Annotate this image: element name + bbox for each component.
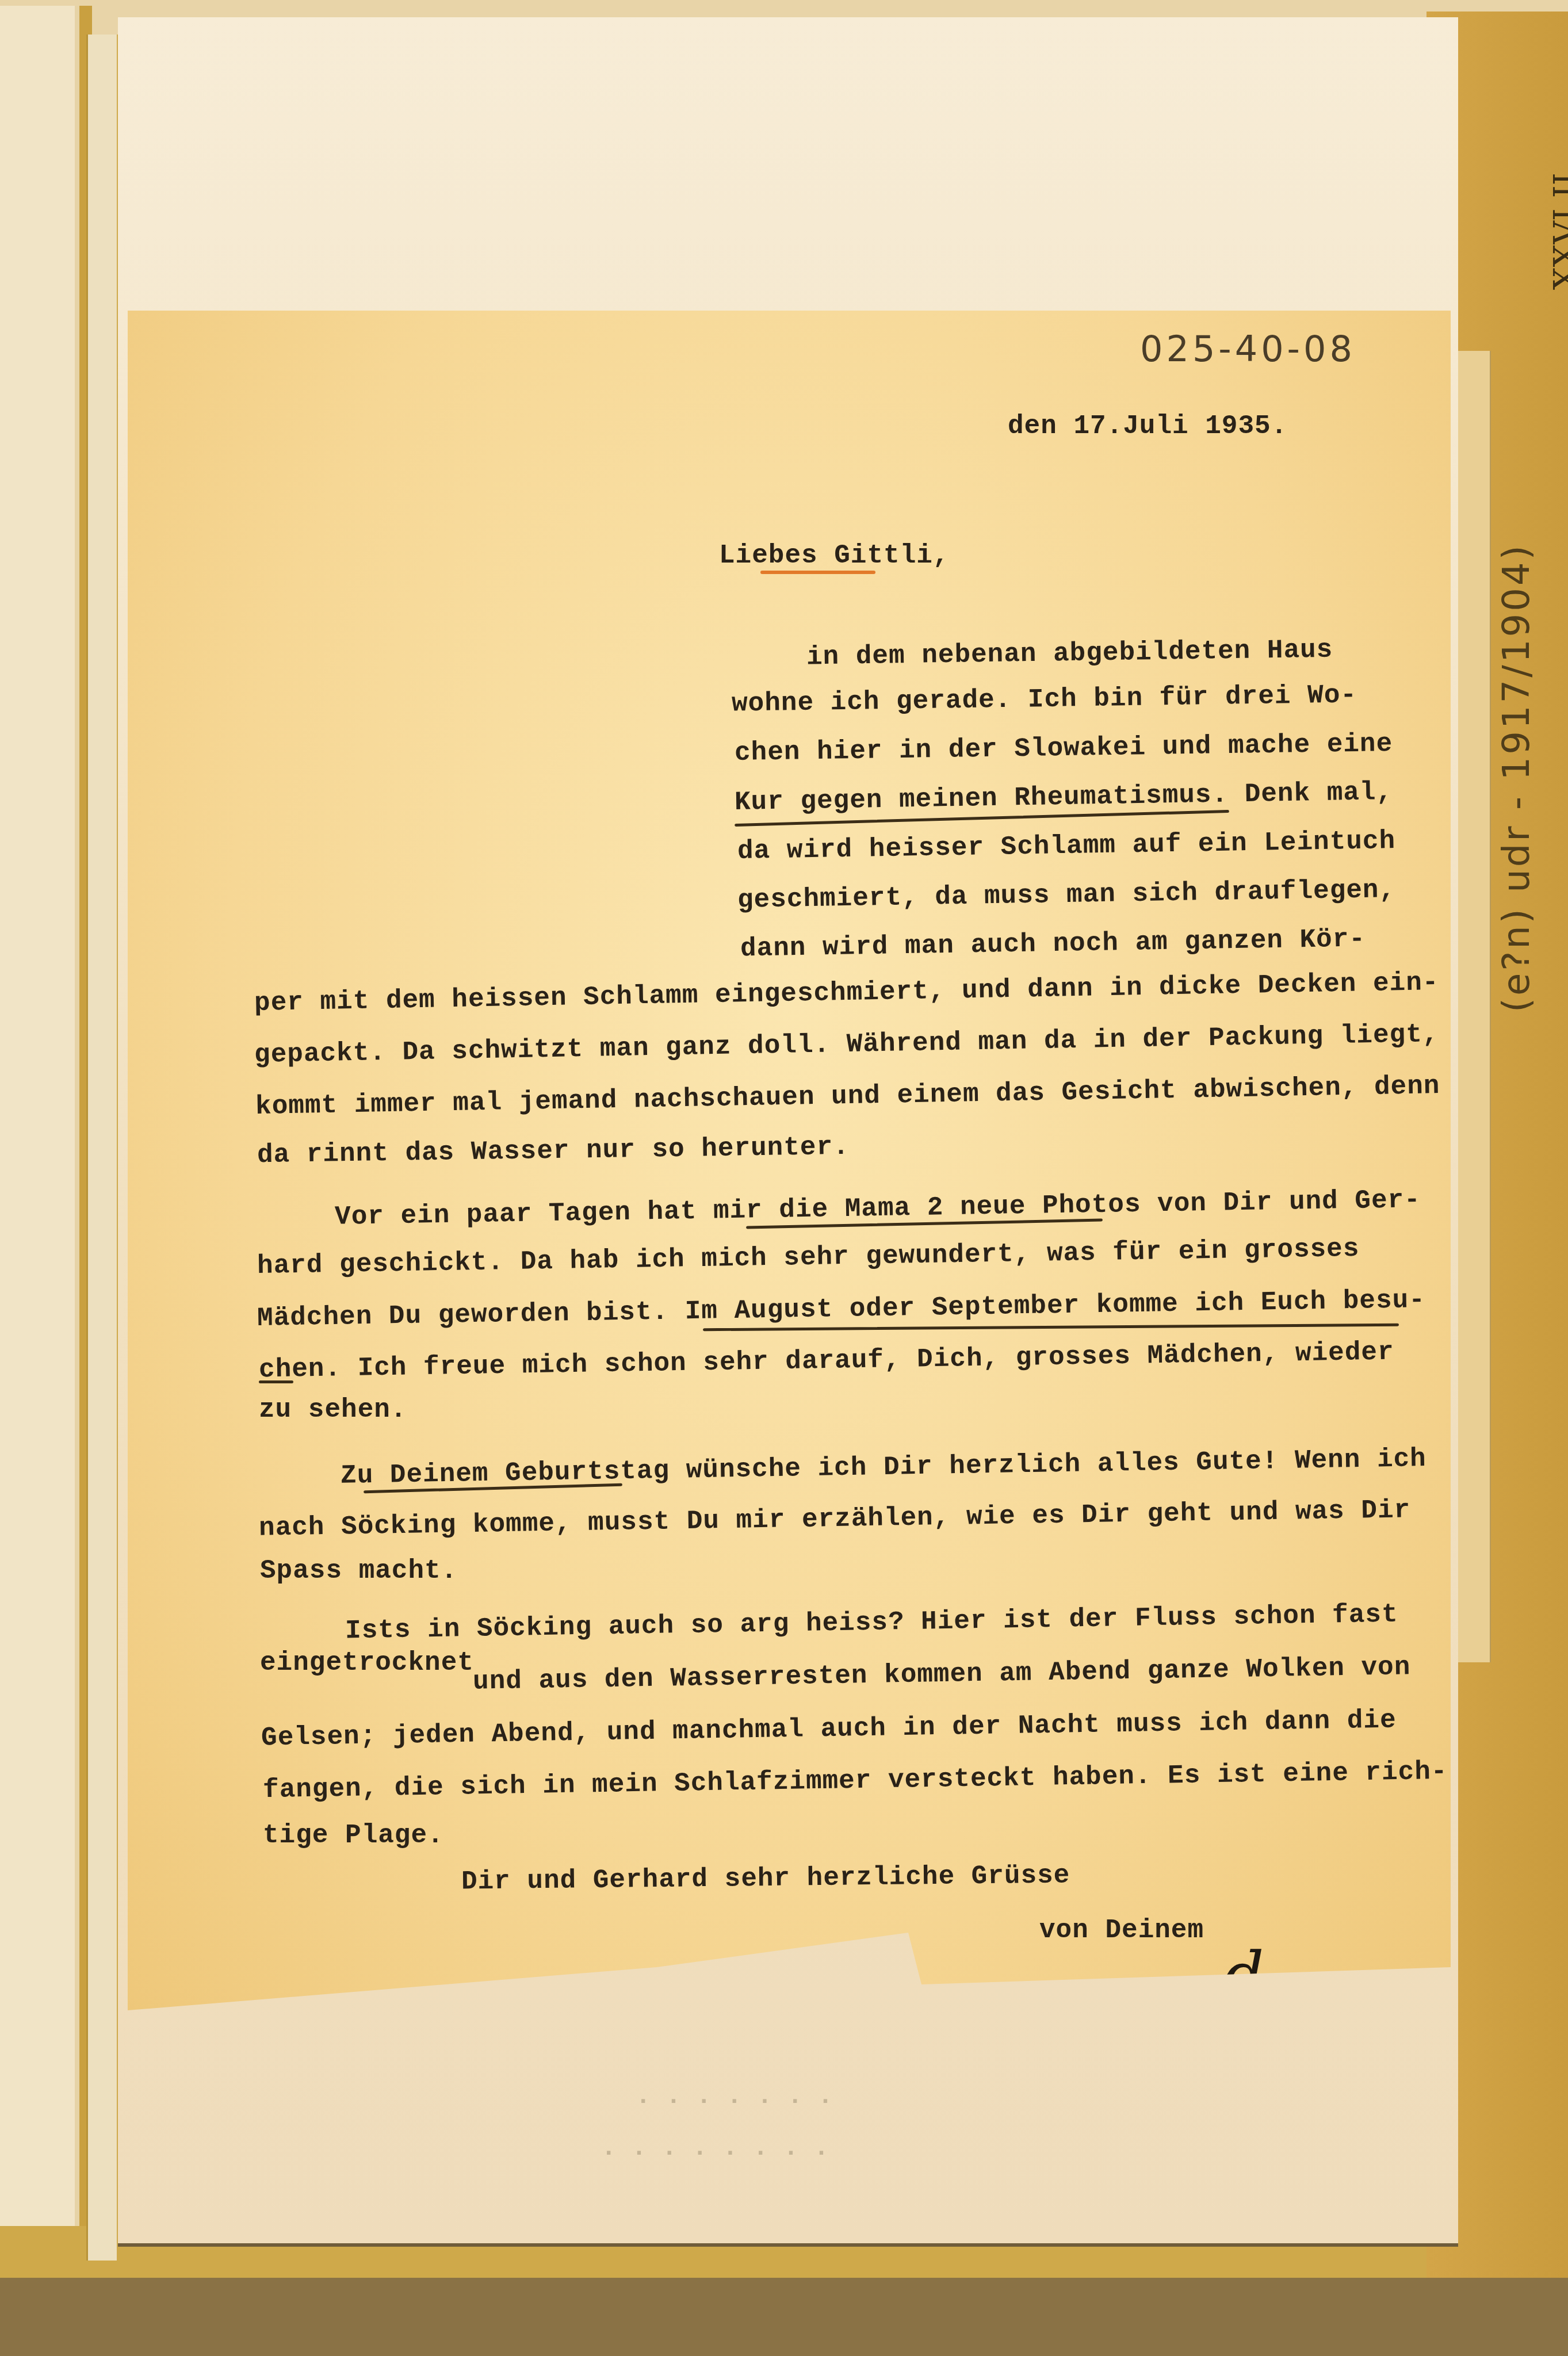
letter-line: Gelsen; jeden Abend, und manchmal auch i… bbox=[261, 1705, 1397, 1753]
letter-line: hard geschickt. Da hab ich mich sehr gew… bbox=[257, 1234, 1360, 1281]
letter-line: tige Plage. bbox=[263, 1820, 444, 1850]
orange-underline bbox=[760, 571, 875, 574]
letter-line: per mit dem heissen Schlamm eingeschmier… bbox=[254, 967, 1439, 1018]
letter-line: zu sehen. bbox=[259, 1395, 407, 1425]
typed-letter: 025-40-08 den 17.Juli 1935. Liebes Gittl… bbox=[128, 311, 1451, 2036]
letter-line: Spass macht. bbox=[260, 1556, 457, 1586]
letter-line: Kur gegen meinen Rheumatismus. Denk mal, bbox=[735, 777, 1393, 817]
letter-line: da wird heisser Schlamm auf ein Leintuch bbox=[737, 826, 1396, 866]
letter-line: gepackt. Da schwitzt man ganz doll. Währ… bbox=[254, 1019, 1439, 1070]
closing-line: Dir und Gerhard sehr herzliche Grüsse bbox=[461, 1860, 1070, 1896]
date-line: den 17.Juli 1935. bbox=[1008, 411, 1287, 441]
pencil-underline bbox=[259, 1380, 293, 1383]
letter-line: dann wird man auch noch am ganzen Kör- bbox=[740, 924, 1366, 963]
letter-line: da rinnt das Wasser nur so herunter. bbox=[257, 1132, 850, 1170]
letter-line: fangen, die sich in mein Schlafzimmer ve… bbox=[263, 1757, 1448, 1805]
left-sheet-edge bbox=[86, 35, 117, 2261]
show-through-text: . . . . . . . bbox=[636, 2082, 833, 2111]
folder-handwritten-note: (e?n) udr - 1917/1904) bbox=[1496, 207, 1547, 1012]
left-stacked-sheets bbox=[0, 6, 75, 2226]
folder-roman-numeral: XXVI II bbox=[1547, 173, 1568, 290]
letter-line: und aus den Wasserresten kommen am Abend… bbox=[473, 1652, 1411, 1697]
salutation: Liebes Gittli, bbox=[719, 541, 949, 571]
letter-line: geschmiert, da muss man sich drauflegen, bbox=[737, 875, 1396, 915]
letter-line: kommt immer mal jemand nachschauen und e… bbox=[255, 1071, 1440, 1122]
letter-line: Zu Deinem Geburtstag wünsche ich Dir her… bbox=[341, 1444, 1427, 1491]
letter-line: chen hier in der Slowakei und mache eine bbox=[735, 729, 1393, 768]
show-through-text: . . . . . . . . bbox=[601, 2134, 829, 2163]
closing-from: von Deinem bbox=[1039, 1915, 1204, 1945]
letter-line: Ists in Söcking auch so arg heiss? Hier … bbox=[345, 1600, 1398, 1646]
letter-line: in dem nebenan abgebildeten Haus bbox=[806, 635, 1333, 672]
table-surface bbox=[0, 2278, 1568, 2356]
letter-line: nach Söcking komme, musst Du mir erzähle… bbox=[259, 1495, 1411, 1543]
letter-line: wohne ich gerade. Ich bin für drei Wo- bbox=[732, 680, 1357, 718]
letter-line: chen. Ich freue mich schon sehr darauf, … bbox=[259, 1337, 1394, 1385]
archive-number: 025-40-08 bbox=[1140, 328, 1356, 370]
letter-line: eingetrocknet bbox=[260, 1648, 474, 1678]
